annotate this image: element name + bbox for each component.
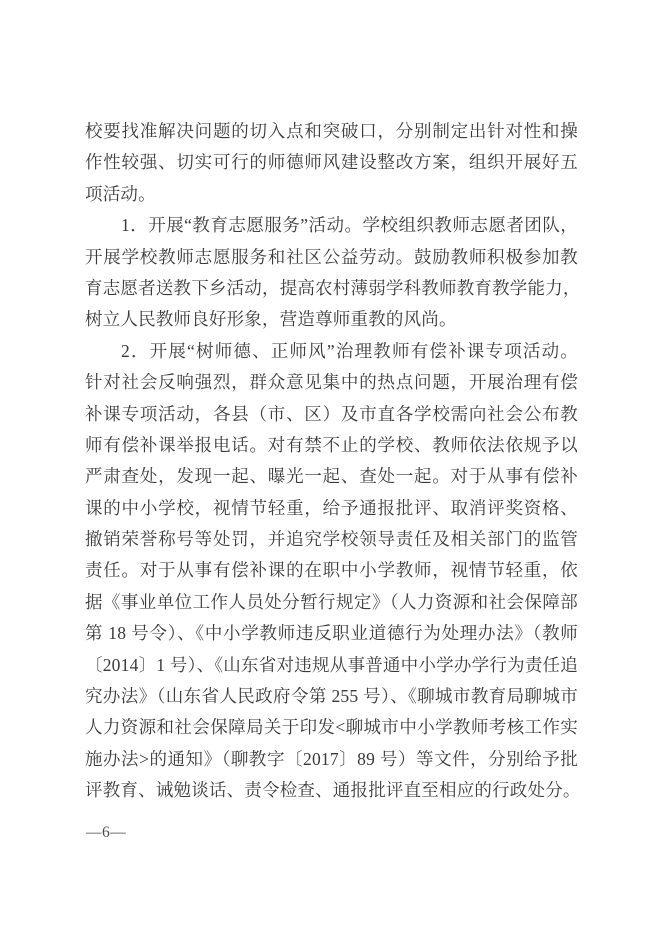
text-line: 补课专项活动，各县（市、区）及市直各学校需向社会公布教	[85, 399, 578, 430]
text-line: 〔2014〕1 号）、《山东省对违规从事普通中小学办学行为责任追	[85, 650, 578, 681]
text-line: 撤销荣誉称号等处罚，并追究学校领导责任及相关部门的监管	[85, 524, 578, 555]
text-line: 据《事业单位工作人员处分暂行规定》（人力资源和社会保障部	[85, 587, 578, 618]
text-line: 针对社会反响强烈，群众意见集中的热点问题，开展治理有偿	[85, 367, 578, 398]
text-line: 项活动。	[85, 179, 578, 210]
text-line: 开展学校教师志愿服务和社区公益劳动。鼓励教师积极参加教	[85, 242, 578, 273]
text-line: 作性较强、切实可行的师德师风建设整改方案，组织开展好五	[85, 147, 578, 178]
text-line: 育志愿者送教下乡活动，提高农村薄弱学科教师教育教学能力，	[85, 273, 578, 304]
text-line: 课的中小学校，视情节轻重，给予通报批评、取消评奖资格、	[85, 493, 578, 524]
text-line: 师有偿补课举报电话。对有禁不止的学校、教师依法依规予以	[85, 430, 578, 461]
text-line: 1．开展“教育志愿服务”活动。学校组织教师志愿者团队，	[85, 210, 578, 241]
document-body: 校要找准解决问题的切入点和突破口，分别制定出针对性和操作性较强、切实可行的师德师…	[85, 116, 578, 807]
text-line: 校要找准解决问题的切入点和突破口，分别制定出针对性和操	[85, 116, 578, 147]
text-line: 人力资源和社会保障局关于印发<聊城市中小学教师考核工作实	[85, 712, 578, 743]
text-line: 评教育、诫勉谈话、责令检查、通报批评直至相应的行政处分。	[85, 775, 578, 806]
text-line: 施办法>的通知》（聊教字〔2017〕89 号）等文件，分别给予批	[85, 744, 578, 775]
text-line: 严肃查处，发现一起、曝光一起、查处一起。对于从事有偿补	[85, 461, 578, 492]
text-line: 究办法》（山东省人民政府令第 255 号）、《聊城市教育局聊城市	[85, 681, 578, 712]
text-line: 第 18 号令）、《中小学教师违反职业道德行为处理办法》（教师	[85, 618, 578, 649]
text-line: 2．开展“树师德、正师风”治理教师有偿补课专项活动。	[85, 336, 578, 367]
text-line: 树立人民教师良好形象，营造尊师重教的风尚。	[85, 304, 578, 335]
text-line: 责任。对于从事有偿补课的在职中小学教师，视情节轻重，依	[85, 555, 578, 586]
document-page: 校要找准解决问题的切入点和突破口，分别制定出针对性和操作性较强、切实可行的师德师…	[0, 0, 662, 936]
page-number: —6—	[86, 824, 126, 842]
